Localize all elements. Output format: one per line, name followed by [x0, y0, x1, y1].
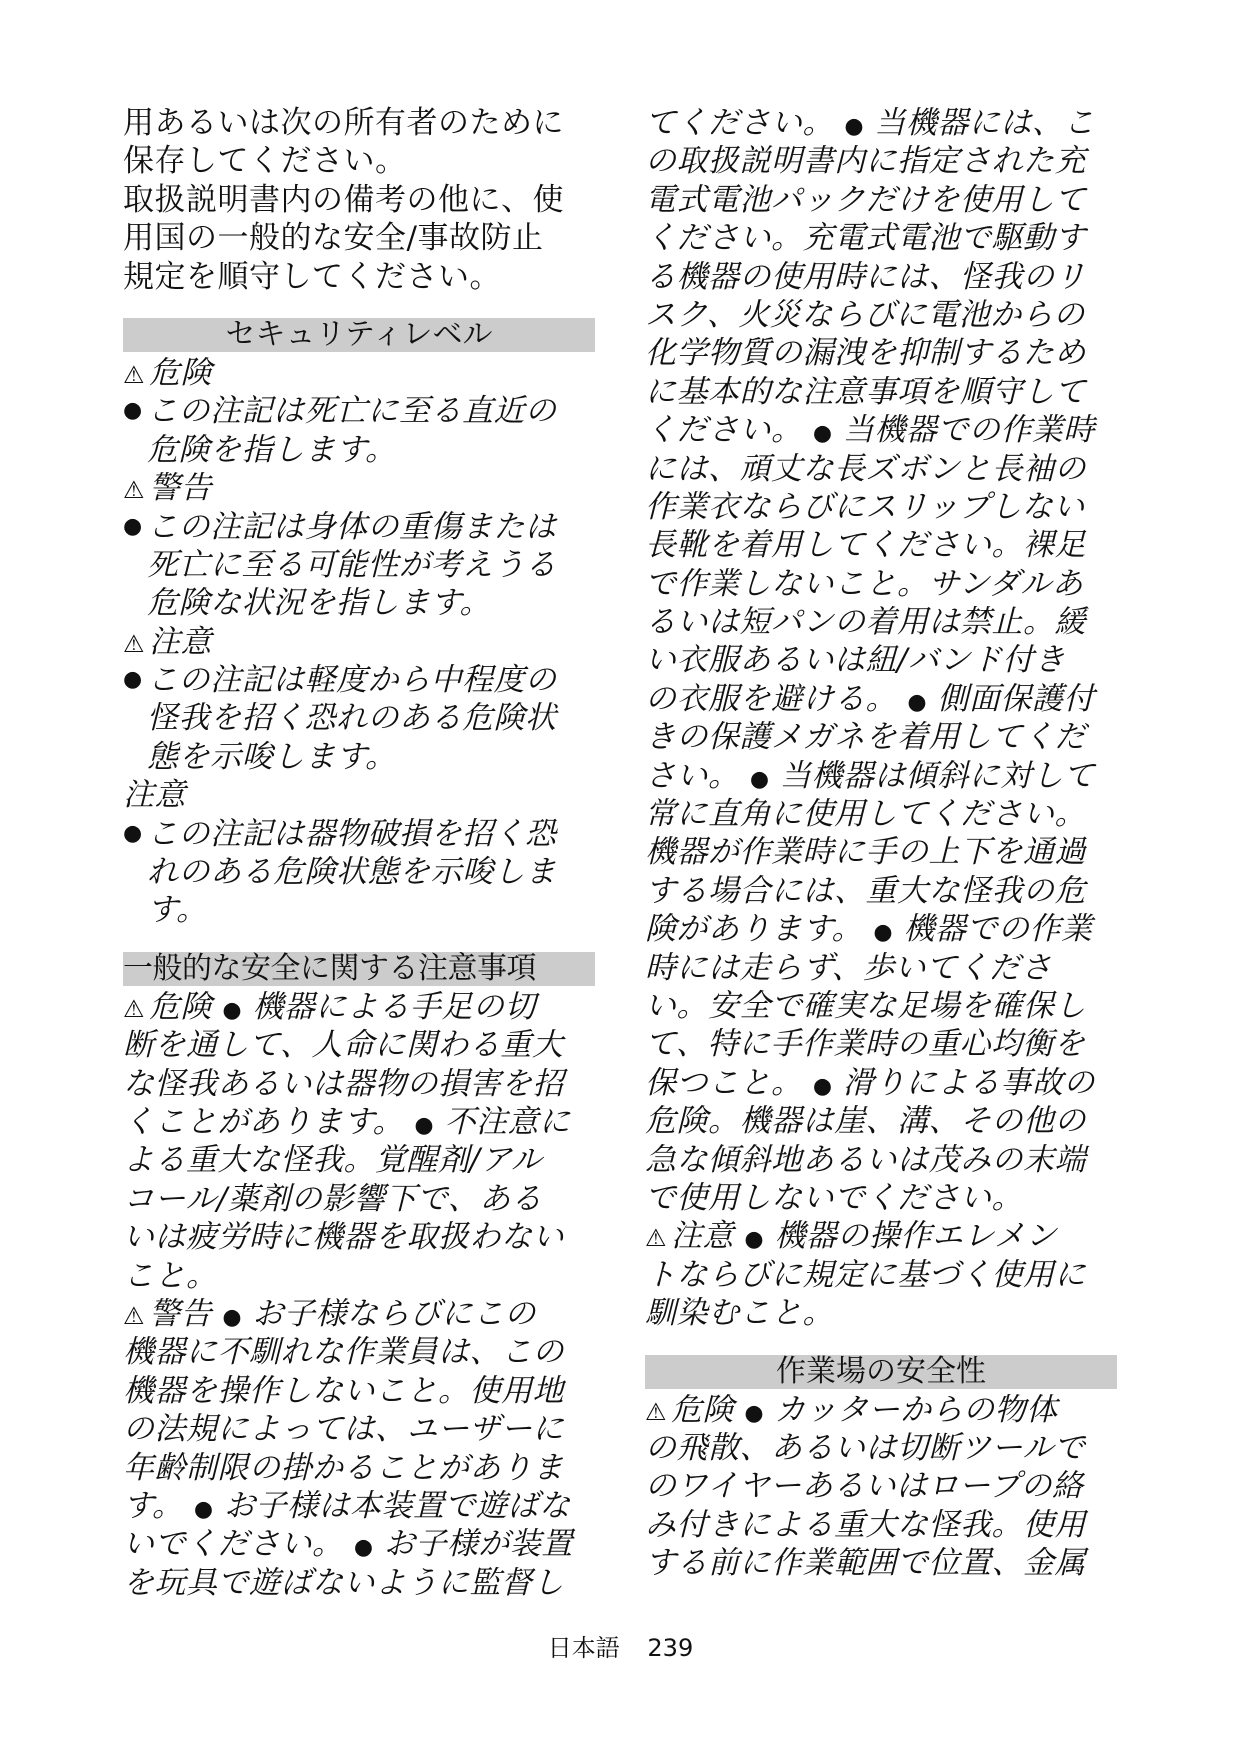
level-label: 警告 — [149, 470, 212, 506]
text-line: さい。 ● 当機器は傾斜に対して — [645, 757, 1117, 795]
text-line: 態を示唆します。 — [123, 738, 595, 776]
text-span: 険があります。 — [645, 911, 863, 947]
text-span: す。 — [123, 1488, 184, 1524]
intro-paragraph: 用あるいは次の所有者のために 保存してください。 取扱説明書内の備考の他に、使 … — [123, 104, 595, 296]
text-line: ⚠注意 ● 機器の操作エレメン — [645, 1217, 1117, 1255]
bullet-icon: ● — [813, 1074, 833, 1099]
bullet-item: ●この注記は死亡に至る直近の — [123, 392, 595, 430]
text-line: 取扱説明書内の備考の他に、使 — [123, 181, 595, 219]
text-line: で作業しないこと。サンダルあ — [645, 565, 1117, 603]
text-line: て、特に手作業時の重心均衡を — [645, 1025, 1117, 1063]
text-line: い。安全で確実な足場を確保し — [645, 987, 1117, 1025]
bullet-icon: ● — [907, 690, 927, 715]
level-danger: ⚠危険 — [123, 354, 595, 392]
text-span: 機器の操作エレメン — [774, 1218, 1057, 1254]
text-span: カッターからの物体 — [774, 1392, 1057, 1428]
warning-triangle-icon: ⚠ — [645, 1219, 667, 1257]
text-line: 死亡に至る可能性が考えうる — [123, 546, 595, 584]
bullet-icon: ● — [414, 1113, 434, 1138]
text-line: す。 ● お子様は本装置で遊ばな — [123, 1487, 595, 1525]
text-span: てください。 — [645, 105, 834, 141]
text-span: 当機器での作業時 — [843, 412, 1095, 448]
right-column: てください。 ● 当機器には、こ の取扱説明書内に指定された充 電式電池パックだ… — [645, 104, 1117, 1582]
text-line: トならびに規定に基づく使用に — [645, 1256, 1117, 1294]
text-line: 怪我を招く恐れのある危険状 — [123, 699, 595, 737]
text-span: 機器による手足の切 — [252, 989, 536, 1025]
text-span: 側面保護付 — [937, 681, 1095, 717]
text-line: で使用しないでください。 — [645, 1179, 1117, 1217]
bullet-icon: ● — [123, 661, 143, 699]
text-line: 機器に不馴れな作業員は、この — [123, 1333, 595, 1371]
text-span: 不注意に — [444, 1104, 570, 1140]
bullet-icon: ● — [123, 508, 143, 546]
bullet-icon: ● — [123, 392, 143, 430]
text-line: 保つこと。 ● 滑りによる事故の — [645, 1064, 1117, 1102]
text-line: コール/薬剤の影響下で、ある — [123, 1180, 595, 1218]
text-span: 滑りによる事故の — [843, 1065, 1095, 1101]
text-line: いでください。 ● お子様が装置 — [123, 1525, 595, 1563]
text-span: 機器での作業 — [903, 911, 1092, 947]
level-label: 危険 — [149, 355, 212, 391]
level-caution: ⚠注意 — [123, 623, 595, 661]
text-line: よる重大な怪我。覚醒剤/アル — [123, 1141, 595, 1179]
bullet-icon: ● — [194, 1497, 214, 1522]
text-line: ください。 ● 当機器での作業時 — [645, 411, 1117, 449]
text-line: ⚠危険 ● 機器による手足の切 — [123, 988, 595, 1026]
text-line: 危険な状況を指します。 — [123, 584, 595, 622]
text-span: お子様は本装置で遊ばな — [224, 1488, 571, 1524]
warning-triangle-icon: ⚠ — [123, 990, 145, 1028]
text-line: 長靴を着用してください。裸足 — [645, 526, 1117, 564]
bullet-icon: ● — [354, 1535, 374, 1560]
bullet-icon: ● — [744, 1227, 764, 1252]
bullet-icon: ● — [222, 998, 242, 1023]
bullet-icon: ● — [123, 815, 143, 853]
level-warning: ⚠警告 — [123, 469, 595, 507]
text-line: み付きによる重大な怪我。使用 — [645, 1506, 1117, 1544]
warning-triangle-icon: ⚠ — [645, 1393, 667, 1431]
text-line: くことがあります。 ● 不注意に — [123, 1103, 595, 1141]
bullet-icon: ● — [873, 920, 893, 945]
text-line: に基本的な注意事項を順守して — [645, 373, 1117, 411]
text-line: の飛散、あるいは切断ツールで — [645, 1429, 1117, 1467]
text-line: きの保護メガネを着用してくだ — [645, 718, 1117, 756]
text-line: この注記は軽度から中程度の — [147, 662, 557, 698]
text-line: 機器を操作しないこと。使用地 — [123, 1372, 595, 1410]
text-line: 用あるいは次の所有者のために — [123, 104, 595, 142]
text-line: い衣服あるいは紐/バンド付き — [645, 641, 1117, 679]
text-line: この注記は身体の重傷または — [147, 509, 557, 545]
text-line: する場合には、重大な怪我の危 — [645, 872, 1117, 910]
text-line: る機器の使用時には、怪我のリ — [645, 258, 1117, 296]
text-line: 用国の一般的な安全/事故防止 — [123, 219, 595, 257]
text-line: 険があります。 ● 機器での作業 — [645, 910, 1117, 948]
text-line: いは疲労時に機器を取扱わない — [123, 1218, 595, 1256]
caution-label: 注意 — [671, 1218, 734, 1254]
text-line: こと。 — [123, 1257, 595, 1295]
text-span: さい。 — [645, 758, 740, 794]
level-label: 注意 — [123, 777, 186, 813]
bullet-item: ●この注記は身体の重傷または — [123, 508, 595, 546]
text-line: 規定を順守してください。 — [123, 258, 595, 296]
section-heading-general-safety: 一般的な安全に関する注意事項 — [123, 952, 595, 986]
text-span: お子様が装置 — [384, 1526, 573, 1562]
bullet-icon: ● — [222, 1305, 242, 1330]
text-line: のワイヤーあるいはロープの絡 — [645, 1467, 1117, 1505]
text-line: の衣服を避ける。 ● 側面保護付 — [645, 680, 1117, 718]
bullet-icon: ● — [813, 421, 833, 446]
text-line: れのある危険状態を示唆しま — [123, 853, 595, 891]
text-line: 急な傾斜地あるいは茂みの末端 — [645, 1141, 1117, 1179]
level-label: 注意 — [149, 624, 212, 660]
text-line: 化学物質の漏洩を抑制するため — [645, 334, 1117, 372]
warning-label: 警告 — [149, 1296, 212, 1332]
section-heading-workplace-safety: 作業場の安全性 — [645, 1355, 1117, 1389]
text-line: スク、火災ならびに電池からの — [645, 296, 1117, 334]
text-line: 時には走らず、歩いてくださ — [645, 949, 1117, 987]
bullet-item: ●この注記は器物破損を招く恐 — [123, 815, 595, 853]
bullet-icon: ● — [744, 1401, 764, 1426]
warning-triangle-icon: ⚠ — [123, 1297, 145, 1335]
text-line: この注記は器物破損を招く恐 — [147, 816, 557, 852]
text-line: を玩具で遊ばないように監督し — [123, 1564, 595, 1602]
text-line: す。 — [123, 891, 595, 929]
text-span: の衣服を避ける。 — [645, 681, 897, 717]
text-line: 機器が作業時に手の上下を通過 — [645, 833, 1117, 871]
left-column: 用あるいは次の所有者のために 保存してください。 取扱説明書内の備考の他に、使 … — [123, 104, 595, 1602]
bullet-icon: ● — [844, 114, 864, 139]
text-span: 保つこと。 — [645, 1065, 803, 1101]
text-line: 断を通して、人命に関わる重大 — [123, 1026, 595, 1064]
text-line: の取扱説明書内に指定された充 — [645, 142, 1117, 180]
text-span: お子様ならびにこの — [252, 1296, 536, 1332]
warning-triangle-icon: ⚠ — [123, 356, 145, 394]
text-line: 作業衣ならびにスリップしない — [645, 488, 1117, 526]
page-number: 239 — [647, 1634, 693, 1662]
warning-triangle-icon: ⚠ — [123, 471, 145, 509]
text-line: 常に直角に使用してください。 — [645, 795, 1117, 833]
text-line: この注記は死亡に至る直近の — [147, 393, 557, 429]
text-line: 危険。機器は崖、溝、その他の — [645, 1102, 1117, 1140]
page-footer: 日本語 239 — [0, 1628, 1241, 1663]
text-span: 当機器は傾斜に対して — [780, 758, 1095, 794]
text-line: るいは短パンの着用は禁止。緩 — [645, 603, 1117, 641]
text-span: くことがあります。 — [123, 1104, 404, 1140]
warning-triangle-icon: ⚠ — [123, 625, 145, 663]
footer-language: 日本語 — [548, 1634, 620, 1662]
bullet-item: ●この注記は軽度から中程度の — [123, 661, 595, 699]
text-line: てください。 ● 当機器には、こ — [645, 104, 1117, 142]
text-line: 保存してください。 — [123, 142, 595, 180]
text-line: な怪我あるいは器物の損害を招 — [123, 1065, 595, 1103]
text-line: する前に作業範囲で位置、金属 — [645, 1544, 1117, 1582]
text-line: 危険を指します。 — [123, 431, 595, 469]
text-line: 年齢制限の掛かることがありま — [123, 1449, 595, 1487]
text-line: ⚠危険 ● カッターからの物体 — [645, 1391, 1117, 1429]
section-heading-security-levels: セキュリティレベル — [123, 318, 595, 352]
bullet-icon: ● — [750, 767, 770, 792]
text-line: ください。充電式電池で駆動す — [645, 219, 1117, 257]
text-line: の法規によっては、ユーザーに — [123, 1410, 595, 1448]
text-span: ください。 — [645, 412, 803, 448]
text-line: 電式電池パックだけを使用して — [645, 181, 1117, 219]
danger-label: 危険 — [149, 989, 212, 1025]
text-span: 当機器には、こ — [874, 105, 1095, 141]
level-notice: 注意 — [123, 776, 595, 814]
text-span: いでください。 — [123, 1526, 344, 1562]
text-line: 馴染むこと。 — [645, 1294, 1117, 1332]
danger-label: 危険 — [671, 1392, 734, 1428]
text-line: ⚠警告 ● お子様ならびにこの — [123, 1295, 595, 1333]
text-line: には、頑丈な長ズボンと長袖の — [645, 450, 1117, 488]
